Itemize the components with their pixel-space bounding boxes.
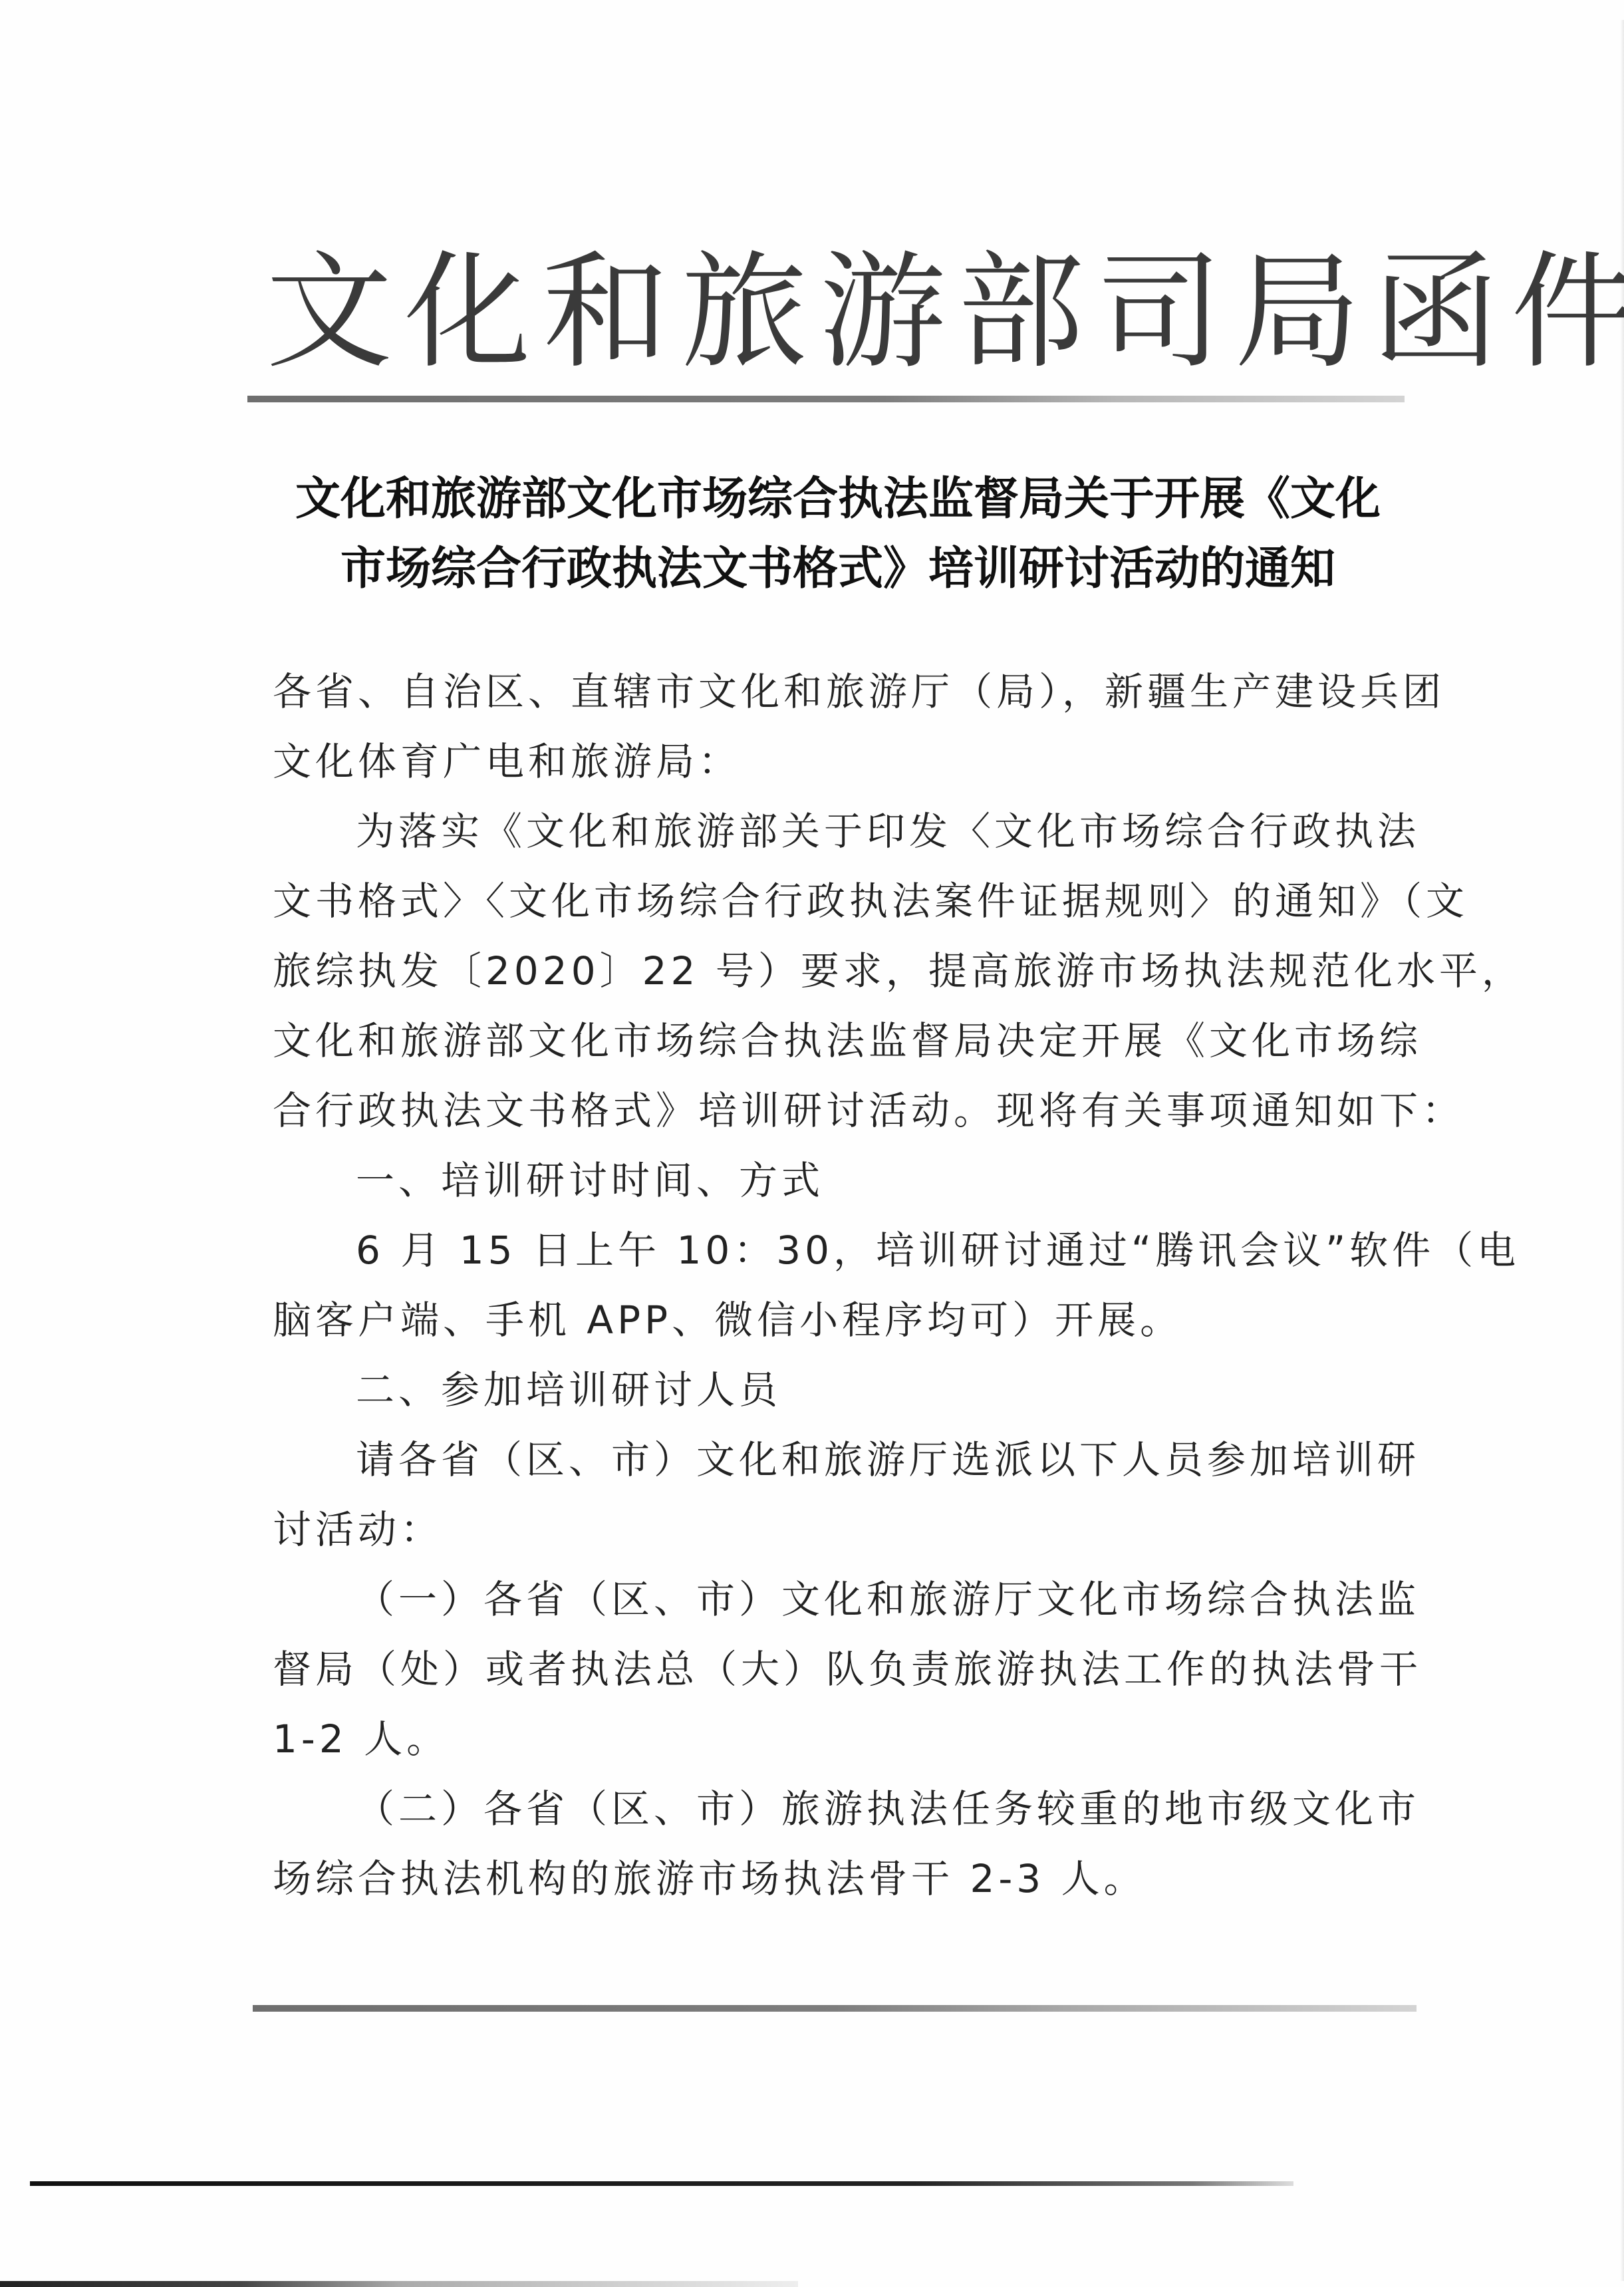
paragraph-line: 文化和旅游部文化市场综合执法监督局决定开展《文化市场综 (273, 1014, 1422, 1067)
list-item-1: （一）各省（区、市）文化和旅游厅文化市场综合执法监 (356, 1573, 1420, 1626)
list-item-1-cont: 1-2 人。 (273, 1712, 449, 1766)
footer-rule (30, 2181, 1293, 2186)
masthead-divider (247, 396, 1405, 402)
page-bottom-divider (253, 2005, 1417, 2012)
paragraph-line: 脑客户端、手机 APP、微信小程序均可）开展。 (273, 1293, 1182, 1347)
paragraph-line: 为落实《文化和旅游部关于印发〈文化市场综合行政执法 (356, 805, 1420, 858)
paragraph-line: 合行政执法文书格式》培训研讨活动。现将有关事项通知如下： (273, 1084, 1464, 1137)
notice-title-line-2: 市场综合行政执法文书格式》培训研讨活动的通知 (253, 535, 1423, 602)
addressee-line-1: 各省、自治区、直辖市文化和旅游厅（局），新疆生产建设兵团 (273, 665, 1445, 718)
section-heading-1: 一、培训研讨时间、方式 (356, 1154, 824, 1207)
list-item-2: （二）各省（区、市）旅游执法任务较重的地市级文化市 (356, 1782, 1420, 1835)
addressee-line-2: 文化体育广电和旅游局： (273, 735, 741, 788)
list-item-2-cont: 场综合执法机构的旅游市场执法骨干 2-3 人。 (273, 1852, 1147, 1905)
list-item-1-cont: 督局（处）或者执法总（大）队负责旅游执法工作的执法骨干 (273, 1643, 1422, 1696)
paragraph-line: 6 月 15 日上午 10：30，培训研讨通过“腾讯会议”软件（电 (356, 1224, 1520, 1277)
scan-bottom-edge (0, 2281, 798, 2287)
masthead-title: 文化和旅游部司局函件 (266, 236, 1383, 389)
paragraph-line: 文书格式〉〈文化市场综合行政执法案件证据规则〉的通知》（文 (273, 874, 1468, 928)
section-heading-2: 二、参加培训研讨人员 (356, 1363, 781, 1416)
notice-title-line-1: 文化和旅游部文化市场综合执法监督局关于开展《文化 (253, 466, 1423, 532)
document-page: 文化和旅游部司局函件 文化和旅游部文化市场综合执法监督局关于开展《文化 市场综合… (0, 0, 1624, 2287)
paragraph-line: 讨活动： (273, 1503, 443, 1556)
paragraph-line: 旅综执发〔2020〕22 号）要求，提高旅游市场执法规范化水平， (273, 944, 1524, 998)
paragraph-line: 请各省（区、市）文化和旅游厅选派以下人员参加培训研 (356, 1433, 1420, 1486)
